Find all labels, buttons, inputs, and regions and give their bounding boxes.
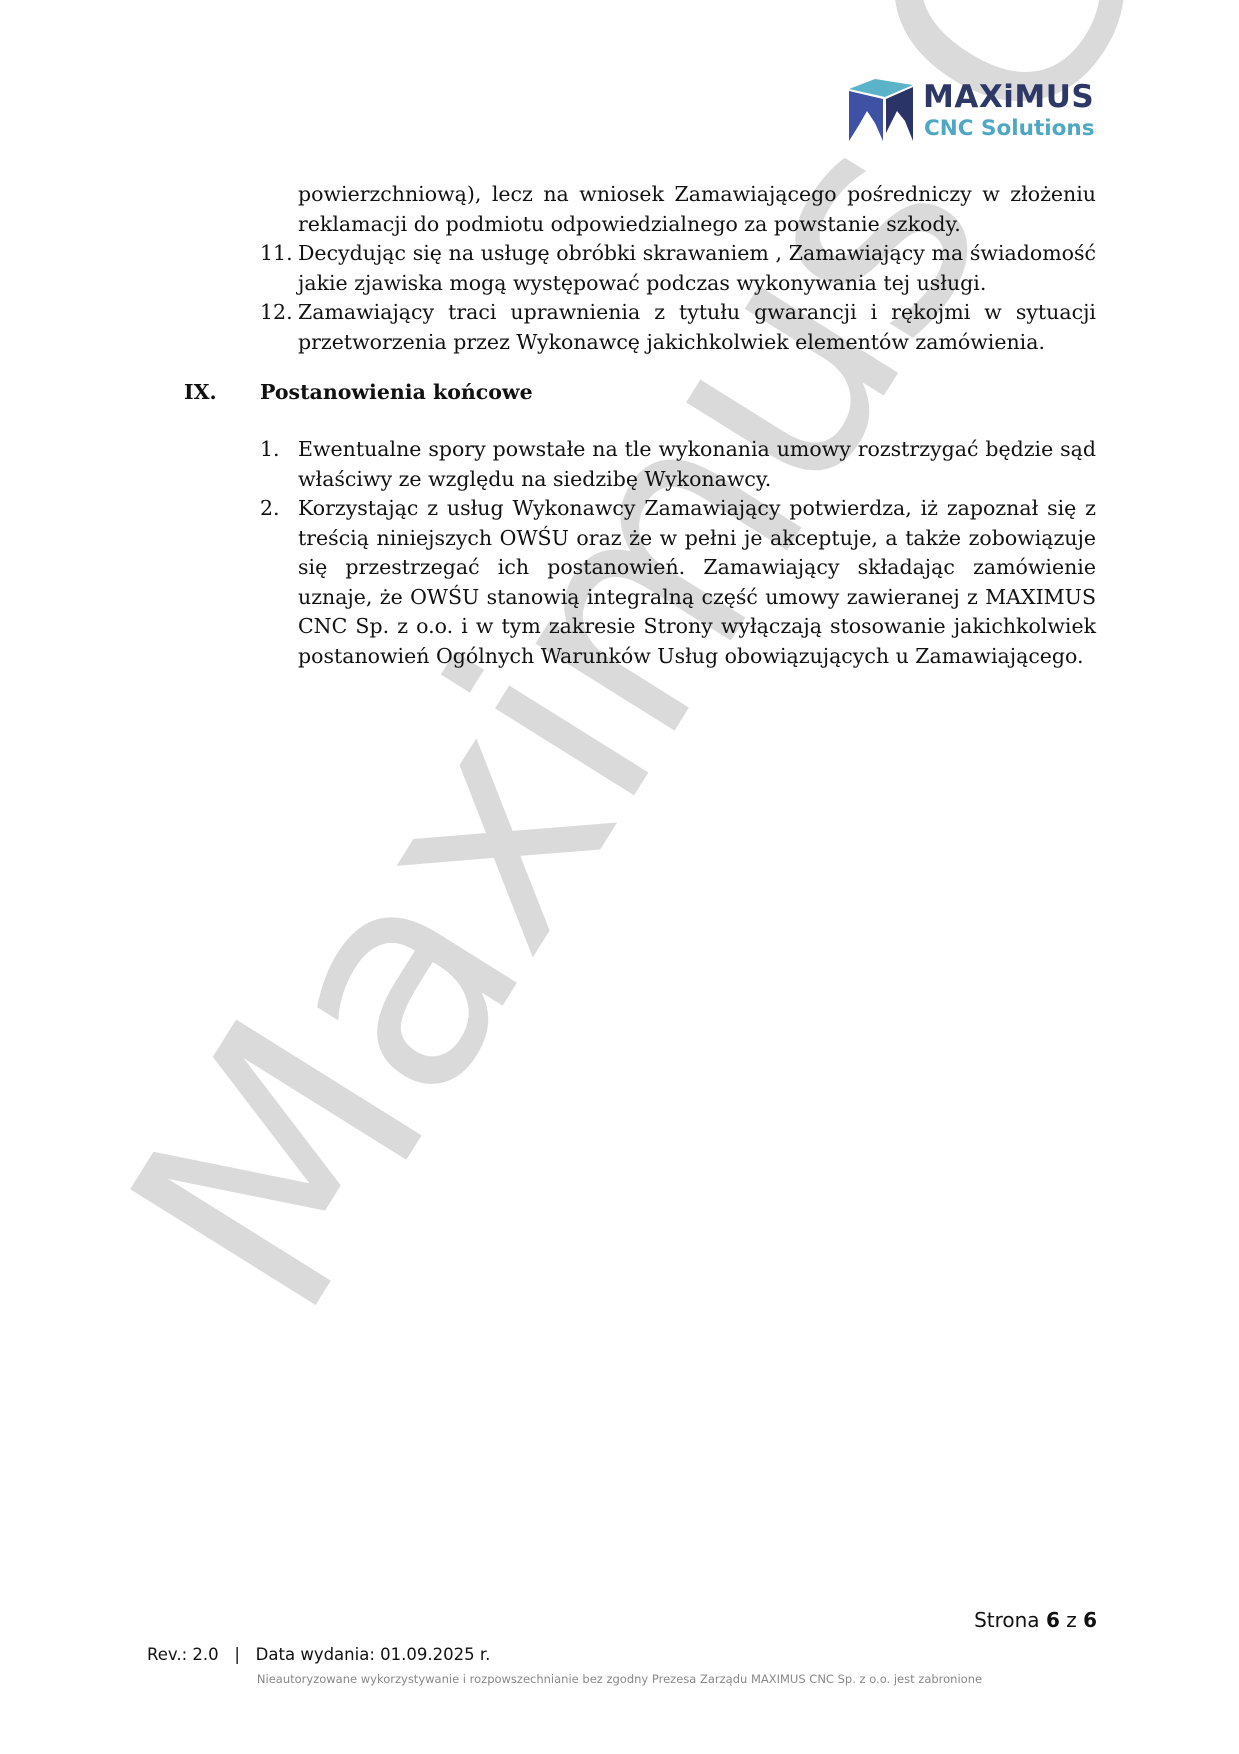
list-item-text: Ewentualne spory powstałe na tle wykonan…: [298, 435, 1096, 494]
list-item-text: Zamawiający traci uprawnienia z tytułu g…: [298, 298, 1096, 357]
page-separator: z: [1066, 1608, 1077, 1632]
section-numeral: IX.: [184, 378, 260, 408]
company-logo: MAXiMUS CNC Solutions: [845, 75, 1100, 147]
page-number: Strona 6 z 6: [974, 1608, 1097, 1632]
continuation-paragraph: powierzchniową), lecz na wniosek Zamawia…: [298, 180, 1096, 239]
section-title: Postanowienia końcowe: [260, 380, 533, 404]
list-item-number: 11.: [260, 239, 298, 269]
page-total: 6: [1083, 1608, 1097, 1632]
list-item-number: 1.: [260, 435, 298, 465]
cube-logo-icon: [845, 75, 917, 143]
list-item: 11. Decydując się na usługę obróbki skra…: [260, 239, 1096, 298]
page-current: 6: [1046, 1608, 1060, 1632]
legal-notice: Nieautoryzowane wykorzystywanie i rozpow…: [0, 1672, 1239, 1686]
list-item: 2. Korzystając z usług Wykonawcy Zamawia…: [260, 494, 1096, 671]
list-item: 12. Zamawiający traci uprawnienia z tytu…: [260, 298, 1096, 357]
revision-info: Rev.: 2.0 | Data wydania: 01.09.2025 r.: [147, 1645, 490, 1664]
list-item-text: Korzystając z usług Wykonawcy Zamawiając…: [298, 494, 1096, 671]
list-item-text: Decydując się na usługę obróbki skrawani…: [298, 239, 1096, 298]
logo-brand-name: MAXiMUS: [923, 79, 1094, 115]
logo-brand-subtitle: CNC Solutions: [924, 116, 1095, 141]
list-item: 1. Ewentualne spory powstałe na tle wyko…: [260, 435, 1096, 494]
list-item-number: 12.: [260, 298, 298, 328]
list-item-number: 2.: [260, 494, 298, 524]
section-heading: IX.Postanowienia końcowe: [184, 378, 533, 408]
page-label: Strona: [974, 1608, 1040, 1632]
